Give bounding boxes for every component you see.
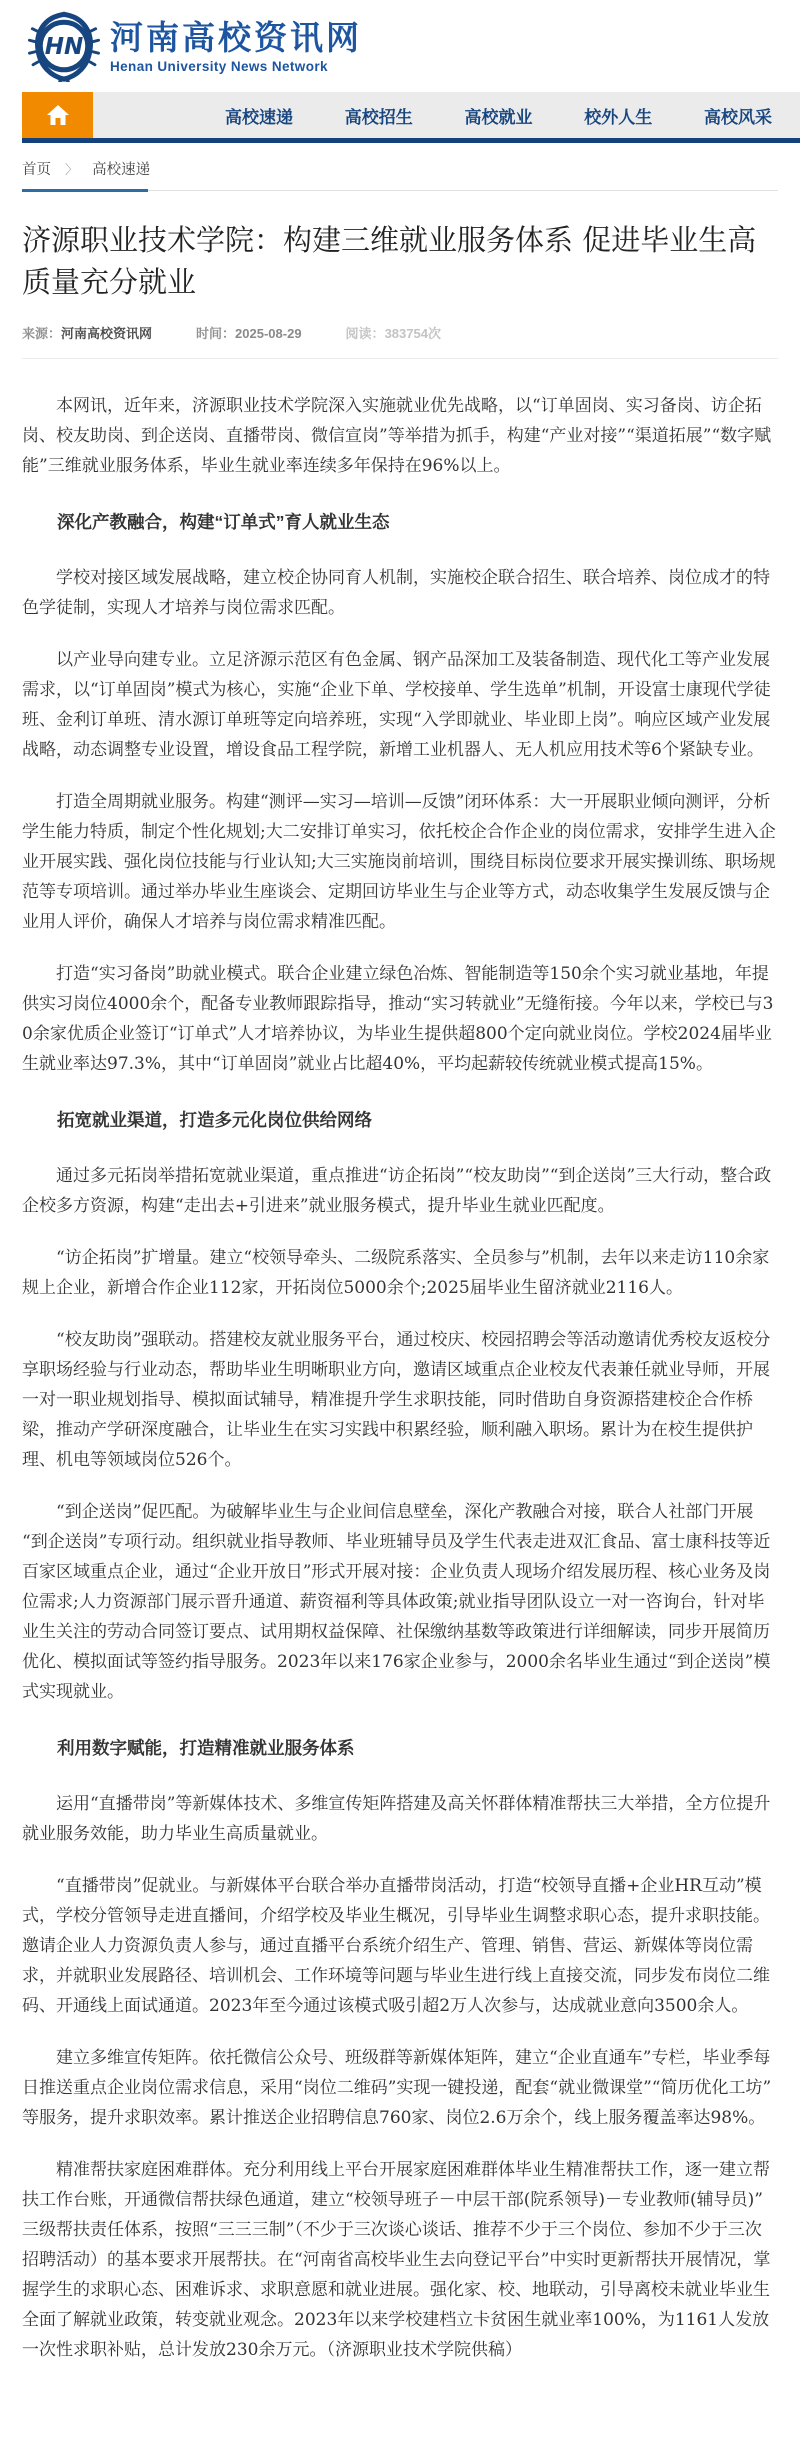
paragraph: 本网讯，近年来，济源职业技术学院深入实施就业优先战略，以“订单固岗、实习备岗、访… — [22, 391, 778, 481]
paragraph: 以产业导向建专业。立足济源示范区有色金属、钢产品深加工及装备制造、现代化工等产业… — [22, 645, 778, 765]
meta-time-value: 2025-08-29 — [235, 326, 302, 341]
site-name-en: Henan University News Network — [110, 59, 362, 74]
paragraph: 建立多维宣传矩阵。依托微信公众号、班级群等新媒体矩阵，建立“企业直通车”专栏，毕… — [22, 2043, 778, 2133]
paragraph: 精准帮扶家庭困难群体。充分利用线上平台开展家庭困难群体毕业生精准帮扶工作，逐一建… — [22, 2155, 778, 2365]
paragraph: 学校对接区域发展战略，建立校企协同育人机制，实施校企联合招生、联合培养、岗位成才… — [22, 563, 778, 623]
breadcrumb-separator-icon: 〉 — [65, 162, 78, 177]
meta-views-value: 383754次 — [385, 326, 441, 341]
nav-link-3[interactable]: 高校就业 — [465, 103, 533, 128]
paragraph: 通过多元拓岗举措拓宽就业渠道，重点推进“访企拓岗”“校友助岗”“到企送岗”三大行… — [22, 1161, 778, 1221]
article: 济源职业技术学院：构建三维就业服务体系 促进毕业生高质量充分就业 来源：河南高校… — [0, 219, 800, 2437]
meta-source: 来源：河南高校资讯网 — [22, 323, 152, 342]
meta-time-label: 时间： — [196, 326, 235, 341]
section-heading: 利用数字赋能，打造精准就业服务体系 — [22, 1733, 778, 1763]
article-meta: 来源：河南高校资讯网 时间：2025-08-29 阅读：383754次 — [22, 323, 778, 359]
meta-time: 时间：2025-08-29 — [196, 323, 302, 342]
paragraph: 运用“直播带岗”等新媒体技术、多维宣传矩阵搭建及高关怀群体精准帮扶三大举措，全方… — [22, 1789, 778, 1849]
article-body: 本网讯，近年来，济源职业技术学院深入实施就业优先战略，以“订单固岗、实习备岗、访… — [22, 359, 778, 2437]
meta-source-value: 河南高校资讯网 — [61, 326, 152, 341]
nav-link-4[interactable]: 校外人生 — [584, 103, 652, 128]
paragraph: 打造全周期就业服务。构建“测评—实习—培训—反馈”闭环体系：大一开展职业倾向测评… — [22, 787, 778, 937]
site-header: HN 河南高校资讯网 Henan University News Network — [0, 0, 800, 92]
hn-emblem-icon: HN — [28, 10, 100, 82]
paragraph: “访企拓岗”扩增量。建立“校领导牵头、二级院系落实、全员参与”机制，去年以来走访… — [22, 1243, 778, 1303]
breadcrumb-home-link[interactable]: 首页 — [22, 162, 51, 178]
main-nav: 高校速递高校招生高校就业校外人生高校风采 — [22, 92, 800, 143]
nav-link-1[interactable]: 高校速递 — [225, 103, 293, 128]
section-heading: 深化产教融合，构建“订单式”育人就业生态 — [22, 507, 778, 537]
paragraph: 打造“实习备岗”助就业模式。联合企业建立绿色冶炼、智能制造等150余个实习就业基… — [22, 959, 778, 1079]
nav-link-2[interactable]: 高校招生 — [345, 103, 413, 128]
nav-items: 高校速递高校招生高校就业校外人生高校风采 — [93, 92, 800, 138]
article-title: 济源职业技术学院：构建三维就业服务体系 促进毕业生高质量充分就业 — [22, 219, 778, 303]
paragraph: “直播带岗”促就业。与新媒体平台联合举办直播带岗活动，打造“校领导直播+企业HR… — [22, 1871, 778, 2021]
home-icon — [47, 105, 69, 125]
site-logo[interactable]: HN 河南高校资讯网 Henan University News Network — [28, 10, 362, 82]
meta-views: 阅读：383754次 — [346, 323, 441, 342]
nav-link-5[interactable]: 高校风采 — [704, 103, 772, 128]
home-button[interactable] — [22, 92, 93, 138]
paragraph: “校友助岗”强联动。搭建校友就业服务平台，通过校庆、校园招聘会等活动邀请优秀校友… — [22, 1325, 778, 1475]
section-heading: 拓宽就业渠道，打造多元化岗位供给网络 — [22, 1105, 778, 1135]
logo-monogram: HN — [45, 34, 84, 60]
site-name: 河南高校资讯网 — [110, 19, 362, 57]
meta-views-label: 阅读： — [346, 326, 385, 341]
paragraph: “到企送岗”促匹配。为破解毕业生与企业间信息壁垒，深化产教融合对接，联合人社部门… — [22, 1497, 778, 1707]
breadcrumb: 首页 〉 高校速递 — [22, 143, 778, 191]
meta-source-label: 来源： — [22, 326, 61, 341]
breadcrumb-current-link[interactable]: 高校速递 — [92, 162, 150, 178]
